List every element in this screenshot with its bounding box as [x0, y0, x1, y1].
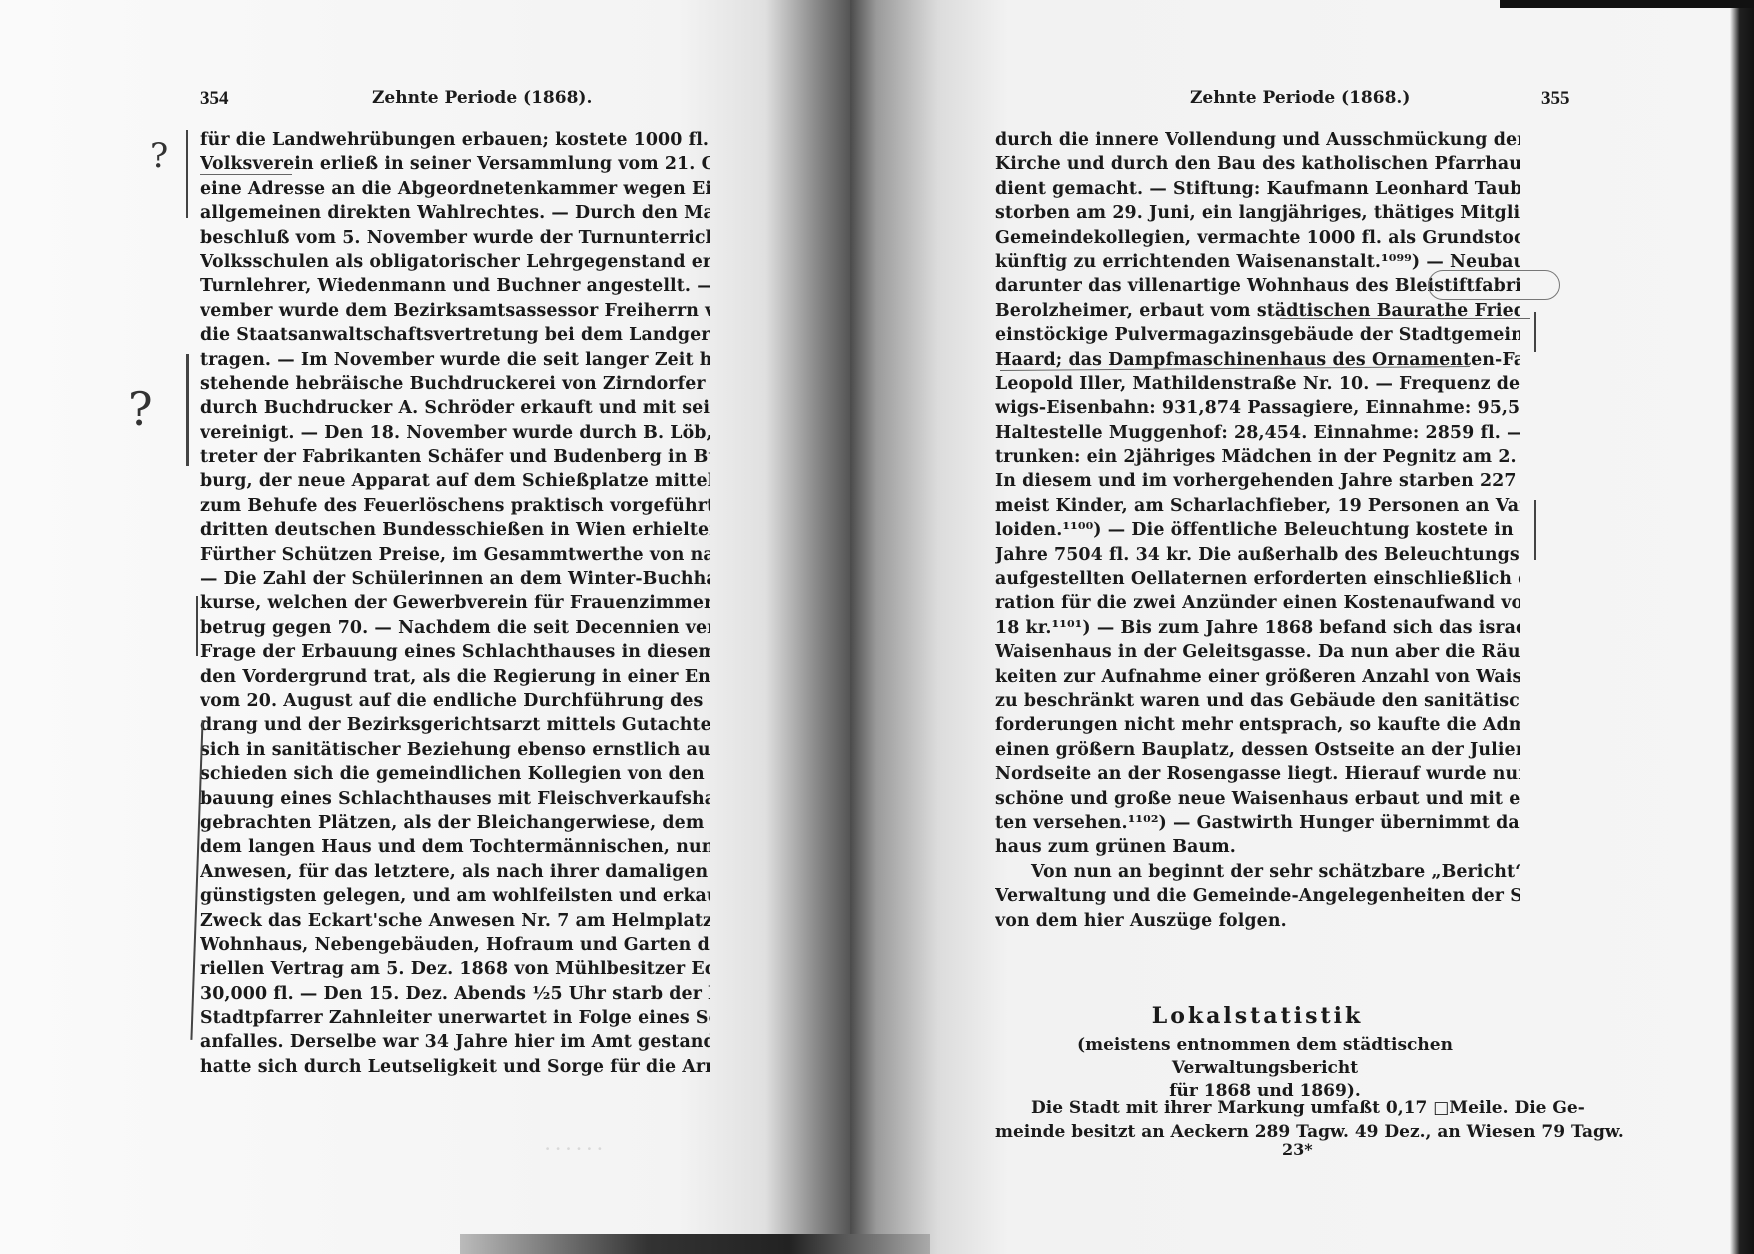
text-line: vom 20. August auf die endliche Durchfüh… — [200, 689, 710, 713]
text-line: tragen. — Im November wurde die seit lan… — [200, 348, 710, 372]
margin-bracket — [196, 596, 198, 656]
text-line: Zweck das Eckart'sche Anwesen Nr. 7 am H… — [200, 909, 710, 933]
text-line: Kirche und durch den Bau des katholische… — [995, 152, 1520, 176]
pencil-circle — [1428, 270, 1560, 300]
text-line: anfalles. Derselbe war 34 Jahre hier im … — [200, 1030, 710, 1054]
text-line: schieden sich die gemeindlichen Kollegie… — [200, 762, 710, 786]
text-line: aufgestellten Oellaternen erforderten ei… — [995, 567, 1520, 591]
text-line: wigs-Eisenbahn: 931,874 Passagiere, Einn… — [995, 396, 1520, 420]
text-line: den Vordergrund trat, als die Regierung … — [200, 665, 710, 689]
text-line: Waisenhaus in der Geleitsgasse. Da nun a… — [995, 640, 1520, 664]
text-line: Berolzheimer, erbaut vom städtischen Bau… — [995, 299, 1520, 323]
text-line: Von nun an beginnt der sehr schätzbare „… — [995, 860, 1520, 884]
text-line: In diesem und im vorhergehenden Jahre st… — [995, 469, 1520, 493]
page-number-right: 355 — [1541, 88, 1570, 110]
text-line: — Die Zahl der Schülerinnen an dem Winte… — [200, 567, 710, 591]
text-line: schöne und große neue Waisenhaus erbaut … — [995, 787, 1520, 811]
text-line: die Staatsanwaltschaftsvertretung bei de… — [200, 323, 710, 347]
text-line: burg, der neue Apparat auf dem Schießpla… — [200, 469, 710, 493]
show-through-text: · · · · · · — [545, 1140, 602, 1158]
text-line: Frage der Erbauung eines Schlachthauses … — [200, 640, 710, 664]
pencil-underline — [200, 174, 292, 175]
text-line: stehende hebräische Buchdruckerei von Zi… — [200, 372, 710, 396]
running-head-right: Zehnte Periode (1868.) — [1190, 88, 1410, 108]
right-page-text: durch die innere Vollendung und Ausschmü… — [995, 128, 1520, 933]
text-line: drang und der Bezirksgerichtsarzt mittel… — [200, 713, 710, 737]
text-line: storben am 29. Juni, ein langjähriges, t… — [995, 201, 1520, 225]
pencil-underline — [1280, 318, 1530, 319]
text-line: zu beschränkt waren und das Gebäude den … — [995, 689, 1520, 713]
text-line: Fürther Schützen Preise, im Gesammtwerth… — [200, 543, 710, 567]
text-line: meinde besitzt an Aeckern 289 Tagw. 49 D… — [995, 1120, 1520, 1144]
text-line: Anwesen, für das letztere, als nach ihre… — [200, 860, 710, 884]
text-line: allgemeinen direkten Wahlrechtes. — Durc… — [200, 201, 710, 225]
gutter-shadow — [460, 1234, 930, 1254]
margin-bracket — [186, 130, 188, 218]
margin-bracket — [186, 354, 189, 466]
text-line: Haltestelle Muggenhof: 28,454. Einnahme:… — [995, 421, 1520, 445]
section-subtitle: (meistens entnommen dem städtischen Verw… — [1030, 1034, 1500, 1103]
text-line: einen größern Bauplatz, dessen Ostseite … — [995, 738, 1520, 762]
text-line: vereinigt. — Den 18. November wurde durc… — [200, 421, 710, 445]
page-number-left: 354 — [200, 88, 229, 110]
text-line: Jahre 7504 fl. 34 kr. Die außerhalb des … — [995, 543, 1520, 567]
text-line: durch die innere Vollendung und Ausschmü… — [995, 128, 1520, 152]
section-body: Die Stadt mit ihrer Markung umfaßt 0,17 … — [995, 1096, 1520, 1144]
left-page-text: für die Landwehrübungen erbauen; kostete… — [200, 128, 710, 1079]
book-edge — [1730, 0, 1754, 1254]
section-subtitle-line: (meistens entnommen dem städtischen Verw… — [1030, 1034, 1500, 1080]
text-line: kurse, welchen der Gewerbverein für Frau… — [200, 591, 710, 615]
margin-bracket — [1534, 500, 1536, 560]
text-line: haus zum grünen Baum. — [995, 835, 1520, 859]
text-line: zum Behufe des Feuerlöschens praktisch v… — [200, 494, 710, 518]
text-line: 18 kr.¹¹⁰¹) — Bis zum Jahre 1868 befand … — [995, 616, 1520, 640]
text-line: vember wurde dem Bezirksamtsassessor Fre… — [200, 299, 710, 323]
running-head-left: Zehnte Periode (1868). — [372, 88, 592, 108]
text-line: einstöckige Pulvermagazinsgebäude der St… — [995, 323, 1520, 347]
text-line: hatte sich durch Leutseligkeit und Sorge… — [200, 1055, 710, 1079]
section-title: Lokalstatistik — [995, 1003, 1520, 1029]
text-line: durch Buchdrucker A. Schröder erkauft un… — [200, 396, 710, 420]
text-line: dritten deutschen Bundesschießen in Wien… — [200, 518, 710, 542]
margin-bracket — [1534, 312, 1536, 352]
text-line: bauung eines Schlachthauses mit Fleischv… — [200, 787, 710, 811]
text-line: Volksschulen als obligatorischer Lehrgeg… — [200, 250, 710, 274]
text-line: treter der Fabrikanten Schäfer und Buden… — [200, 445, 710, 469]
margin-annotation: ? — [150, 136, 168, 176]
text-line: ration für die zwei Anzünder einen Koste… — [995, 591, 1520, 615]
text-line: Turnlehrer, Wiedenmann und Buchner anges… — [200, 274, 710, 298]
text-line: Stadtpfarrer Zahnleiter unerwartet in Fo… — [200, 1006, 710, 1030]
signature-mark: 23* — [1282, 1140, 1313, 1159]
text-line: eine Adresse an die Abgeordnetenkammer w… — [200, 177, 710, 201]
text-line: Wohnhaus, Nebengebäuden, Hofraum und Gar… — [200, 933, 710, 957]
scan-border — [1500, 0, 1754, 8]
text-line: betrug gegen 70. — Nachdem die seit Dece… — [200, 616, 710, 640]
text-line: sich in sanitätischer Beziehung ebenso e… — [200, 738, 710, 762]
text-line: ten versehen.¹¹⁰²) — Gastwirth Hunger üb… — [995, 811, 1520, 835]
text-line: von dem hier Auszüge folgen. — [995, 909, 1520, 933]
text-line: Die Stadt mit ihrer Markung umfaßt 0,17 … — [995, 1096, 1520, 1120]
text-line: trunken: ein 2jähriges Mädchen in der Pe… — [995, 445, 1520, 469]
text-line: 30,000 fl. — Den 15. Dez. Abends ½5 Uhr … — [200, 982, 710, 1006]
text-line: beschluß vom 5. November wurde der Turnu… — [200, 226, 710, 250]
text-line: Gemeindekollegien, vermachte 1000 fl. al… — [995, 226, 1520, 250]
text-line: dient gemacht. — Stiftung: Kaufmann Leon… — [995, 177, 1520, 201]
text-line: Leopold Iller, Mathildenstraße Nr. 10. —… — [995, 372, 1520, 396]
text-line: riellen Vertrag am 5. Dez. 1868 von Mühl… — [200, 957, 710, 981]
text-line: forderungen nicht mehr entsprach, so kau… — [995, 713, 1520, 737]
text-line: Verwaltung und die Gemeinde-Angelegenhei… — [995, 884, 1520, 908]
text-line: günstigsten gelegen, und am wohlfeilsten… — [200, 884, 710, 908]
margin-annotation: ? — [128, 382, 153, 436]
book-spread: 354 Zehnte Periode (1868). für die Landw… — [0, 0, 1754, 1254]
text-line: loiden.¹¹⁰⁰) — Die öffentliche Beleuchtu… — [995, 518, 1520, 542]
text-line: gebrachten Plätzen, als der Bleichangerw… — [200, 811, 710, 835]
text-line: dem langen Haus und dem Tochtermännische… — [200, 835, 710, 859]
text-line: für die Landwehrübungen erbauen; kostete… — [200, 128, 710, 152]
text-line: Nordseite an der Rosengasse liegt. Hiera… — [995, 762, 1520, 786]
text-line: meist Kinder, am Scharlachfieber, 19 Per… — [995, 494, 1520, 518]
text-line: keiten zur Aufnahme einer größeren Anzah… — [995, 665, 1520, 689]
